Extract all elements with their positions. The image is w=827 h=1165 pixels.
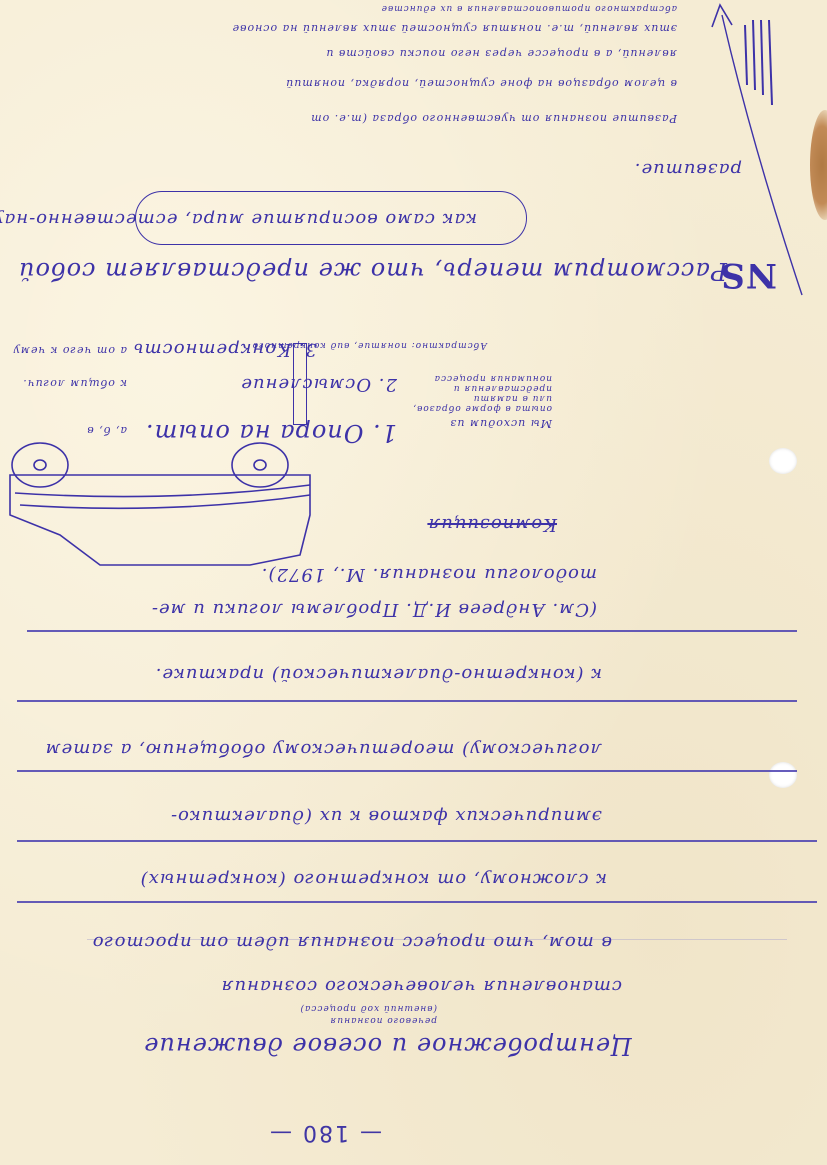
ruled-line [17, 771, 797, 773]
ruled-line [17, 701, 797, 703]
top-block-line-2: в целом образцов на фоне сущностей, поря… [285, 77, 677, 90]
top-block-line-3: явлений, а в процессе через него поиски … [325, 47, 677, 60]
list-intro-note: опыта в форме образов, или в памяти пред… [402, 373, 552, 413]
list-item-1-note: а, б, в [86, 424, 127, 437]
ruled-line [27, 631, 797, 633]
list-item-3-note: а от чего к чему [12, 344, 127, 357]
list-item-1-num: 1. [372, 419, 397, 447]
section-heading: Рассмотрим теперь, что же представляет с… [18, 257, 727, 285]
top-block-line-5: абстрактного противопоставления в их еди… [381, 3, 677, 13]
list-item-3-extra: Абстрактно: понятие, вид конкретного [252, 340, 487, 350]
top-block-line-1: Развитие познания от чувственного образа… [310, 112, 677, 125]
vertical-bar-mark [293, 343, 307, 425]
arrow-annotation-icon [692, 0, 812, 295]
ruled-line [17, 902, 817, 904]
note-l1-a: речевого познания [329, 1015, 437, 1025]
upside-down-content: — 180 — Центробежное и осевое движение р… [0, 0, 827, 1165]
text-line-6: логическому) теоретическому обобщению, а… [45, 739, 602, 760]
text-line-5: эмпирических фактов к их (диалектико- [170, 806, 602, 827]
top-block-line-4: этих явлений, т.е. понятия сущностей эти… [232, 22, 677, 35]
text-line-2: становления человеческого сознания [221, 976, 622, 997]
list-intro: Мы исходим из [449, 417, 552, 430]
note-l1-b: (внешний ход процесса) [299, 1003, 437, 1013]
text-line-1: Центробежное и осевое движение [143, 1032, 632, 1060]
page-number-value: 180 [301, 1120, 349, 1145]
text-line-8: (См. Андреев И.Д. Проблемы логики и ме- [151, 599, 597, 620]
list-item-1-label: Опора на опыт. [145, 419, 363, 447]
struck-word: Композиция [427, 514, 557, 535]
text-line-3: в том, что процесс познания идет от прос… [92, 932, 612, 953]
bubble-text: как само восприятие мира, естественно-на… [0, 209, 477, 230]
ruled-line [17, 841, 817, 843]
list-item-2-note: к общим логич. [22, 377, 127, 390]
list-item-2-num: 2. [378, 374, 397, 395]
list-item-1: 1. Опора на опыт. [145, 419, 397, 447]
text-line-4: к сложному, от конкретного (конкретных) [140, 869, 607, 890]
text-line-7: к (конкретно-диалектической) практике. [155, 664, 602, 685]
vehicle-sketch-icon [0, 435, 320, 575]
list-item-2: 2. Осмысление [240, 374, 397, 395]
page-number: — 180 — [268, 1120, 382, 1145]
manuscript-page: — 180 — Центробежное и осевое движение р… [0, 0, 827, 1165]
